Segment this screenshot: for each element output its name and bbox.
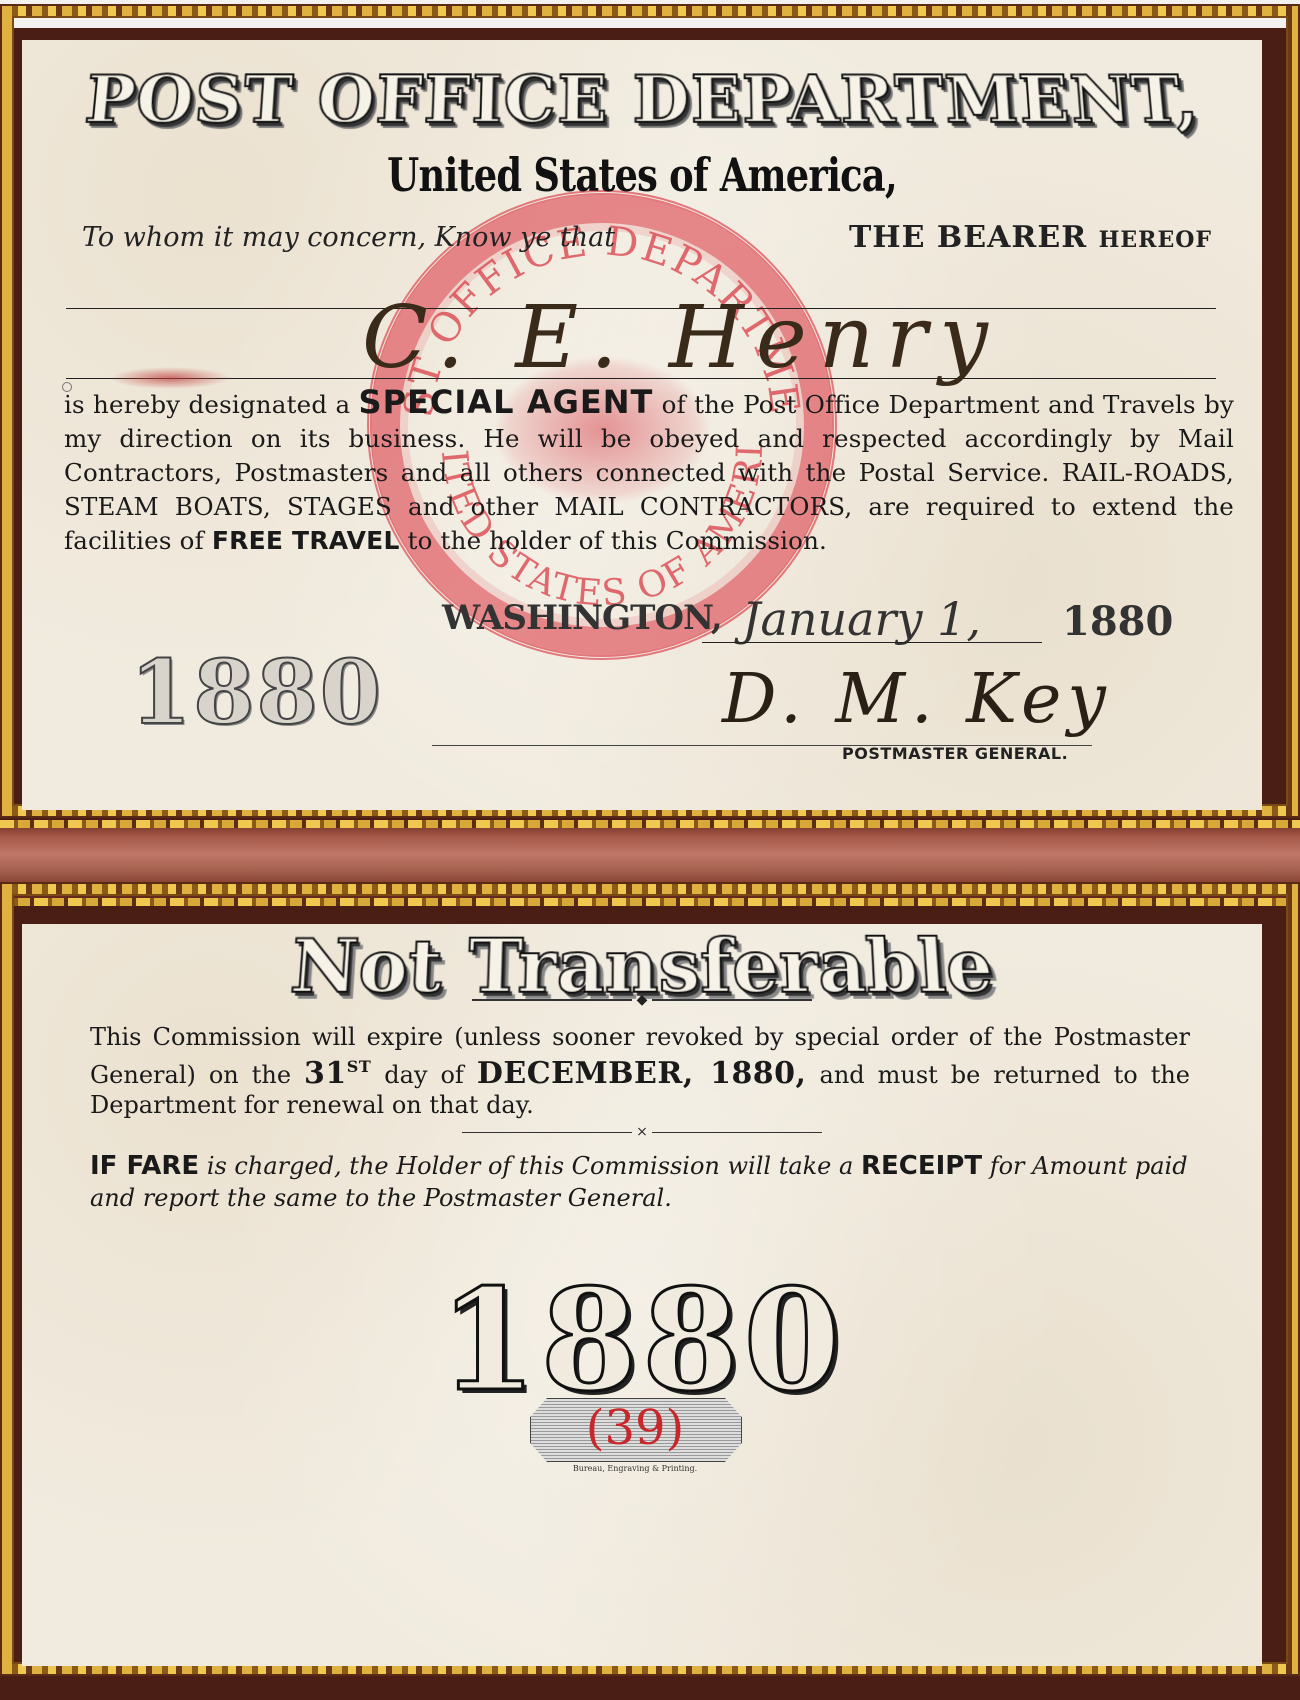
holder-name: C. E. Henry <box>362 288 1000 388</box>
commission-body: is hereby designated a SPECIAL AGENT of … <box>64 385 1234 558</box>
commission-card-front: POST OFFICE DEPARTMENT UNITED STATES OF … <box>22 40 1262 810</box>
date-rule <box>702 642 1042 643</box>
postmaster-signature: D. M. Key <box>722 660 1112 739</box>
printer-imprint: Bureau, Engraving & Printing. <box>530 1464 740 1473</box>
hinge-gold-trim <box>0 820 1300 828</box>
ornament-divider: × <box>22 1124 1262 1140</box>
expire-day: 31ST <box>304 1056 371 1091</box>
designation: SPECIAL AGENT <box>359 383 654 421</box>
bearer-label: THE BEARER HEREOF <box>849 220 1212 255</box>
handwritten-date: January 1, <box>742 592 981 646</box>
expiration-notice: This Commission will expire (unless soon… <box>90 1022 1190 1120</box>
free-travel: FREE TRAVEL <box>212 526 400 555</box>
salutation-line: To whom it may concern, Know ye that THE… <box>82 220 1212 253</box>
year-stamp: 1880 <box>130 640 383 744</box>
document-title: POST OFFICE DEPARTMENT, <box>18 61 1266 138</box>
expire-month-year: DECEMBER, 1880, <box>477 1056 807 1091</box>
salutation: To whom it may concern, Know ye that <box>82 222 615 253</box>
place: WASHINGTON, <box>442 598 722 638</box>
document-subtitle: United States of America, <box>146 148 1138 202</box>
place-and-date: WASHINGTON, January 1, 1880 <box>442 598 1242 638</box>
commission-card-back: Not Transferable ◆ This Commission will … <box>22 924 1262 1666</box>
signatory-title: POSTMASTER GENERAL. <box>842 744 1068 763</box>
ornament-divider: ◆ <box>22 992 1262 1008</box>
date-year: 1880 <box>1062 598 1173 645</box>
fare-notice: IF FARE is charged, the Holder of this C… <box>90 1150 1190 1214</box>
serial-number: (39) <box>530 1400 740 1456</box>
